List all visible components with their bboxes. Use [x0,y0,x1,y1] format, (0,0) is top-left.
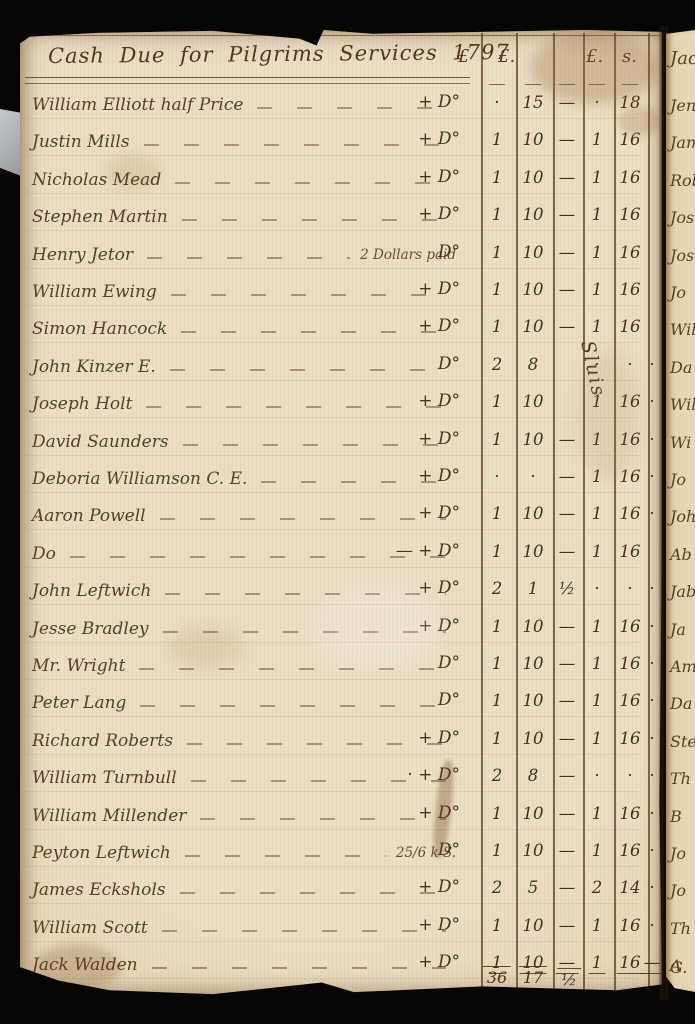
ditto-mark: D° [438,242,460,262]
amount-cell: 10 [523,243,544,262]
ledger-row: James Eckshols + D° 25—214· [20,873,662,907]
ledger-row: Simon Hancock + D° 110—116 [20,312,662,346]
amount-cell: 10 [523,542,544,561]
amount-cell: 2 [492,579,503,598]
amount-cell: — [559,841,576,860]
ditto-mark: + D° [418,503,460,523]
adjacent-page-partial-name: Jo [670,283,686,302]
header-dash [622,84,638,85]
amount-cell: 10 [523,654,544,673]
amount-cell: — [559,804,576,823]
header-dash [589,84,605,85]
amount-cell: · [649,729,654,748]
total-shillings: 17 [519,966,547,987]
amount-cell: 2 [492,766,503,785]
ledger-row: William Ewing + D° 110—116 [20,275,662,309]
ledger-row: William Turnbull · + D° 28—··· [20,761,662,795]
amount-cell: — [559,504,576,523]
dash-leader [146,406,446,408]
amount-cell: 16 [620,280,641,299]
amount-cell: · [530,467,535,486]
amount-cell: 10 [523,841,544,860]
amount-cell: · [627,579,632,598]
amount-cell: 2 [492,355,503,374]
amount-cell: 10 [523,130,544,149]
adjacent-page-partial-name: Joh [670,507,695,526]
currency-header-mark: £ [458,46,469,67]
adjacent-page-partial-name: Da [670,694,692,713]
amount-cell: 1 [592,467,603,486]
amount-cell: 10 [523,804,544,823]
ledger-row: John Kinzer E. D° 28··· [20,350,662,384]
ditto-mark: · + D° [407,765,460,785]
amount-cell: — [559,467,576,486]
currency-header-mark: s. [622,46,637,67]
amount-cell: 16 [620,130,641,149]
amount-cell: 1 [492,841,503,860]
entry-name: Aaron Powell [32,506,146,526]
amount-cell: · [594,766,599,785]
ledger-row: John Leftwich + D° 21½··· [20,574,662,608]
amount-cell: 1 [492,430,503,449]
entry-name: Do [32,544,56,564]
adjacent-page-partial-name: Ab [670,545,692,564]
ledger-row: Peyton Leftwich 25/6 k S. D° 110—116· [20,836,662,870]
amount-cell: 16 [620,392,641,411]
dash-leader [139,668,446,670]
amount-cell: 10 [523,168,544,187]
amount-cell: 1 [492,504,503,523]
dash-leader [70,556,446,558]
amount-cell: 10 [523,392,544,411]
dash-leader [182,219,446,221]
amount-cell: 16 [620,654,641,673]
dash-leader [152,967,446,969]
dash-leader [144,144,446,146]
adjacent-page-partial-name: Rob [670,171,695,190]
adjacent-page-partial-name: Am [670,657,695,676]
amount-cell: 1 [592,205,603,224]
amount-cell: 1 [492,168,503,187]
adjacent-page-partial-name: Jo [670,844,686,863]
ditto-mark: + D° [418,952,460,972]
amount-cell: · [494,93,499,112]
ditto-mark: + D° [418,803,460,823]
amount-cell: 10 [523,317,544,336]
dash-leader [163,631,446,633]
ditto-mark: + D° [418,728,460,748]
entry-name: John Leftwich [32,581,151,601]
entry-name: Mr. Wright [32,656,125,676]
amount-cell: 1 [589,953,606,974]
dash-leader [187,743,446,745]
adjacent-page-partial-name: Jen [670,96,695,115]
ditto-mark: D° [438,653,460,673]
amount-cell: — [559,617,576,636]
amount-cell: 1 [592,617,603,636]
amount-cell: — [559,654,576,673]
amount-cell: · [649,878,654,897]
amount-cell: 1 [592,654,603,673]
dash-leader [175,182,446,184]
ditto-mark: + D° [418,578,460,598]
amount-cell: 1 [492,617,503,636]
entry-name: Justin Mills [32,132,130,152]
title-underline [25,77,470,84]
amount-cell: · [649,691,654,710]
ditto-mark: + D° [418,616,460,636]
amount-cell: 1 [492,317,503,336]
header-dash [525,84,541,85]
entry-name: Henry Jetor [32,245,133,265]
ditto-mark: D° [438,690,460,710]
amount-cell: · [649,617,654,636]
amount-cell: 1 [592,504,603,523]
ditto-mark: + D° [418,129,460,149]
total-pence: ½ [557,968,581,989]
amount-cell: 16 [620,916,641,935]
ledger-row: David Saunders + D° 110—116· [20,425,662,459]
currency-header-mark: £. [586,46,603,67]
amount-cell: 16 [620,504,641,523]
amount-cell: — [559,130,576,149]
entry-name: Nicholas Mead [32,170,161,190]
amount-cell: 1 [592,804,603,823]
amount-cell: · [649,504,654,523]
header-dash [559,84,575,85]
dash-leader [170,369,446,371]
amount-cell: 1 [592,729,603,748]
page-title: Cash Due for Pilgrims Services 1797 [48,40,510,68]
adjacent-page-partial-name: Jos [670,208,694,227]
amount-cell: 5 [528,878,539,897]
ditto-mark: + D° [418,92,460,112]
amount-cell: 16 [620,691,641,710]
ledger-row: Aaron Powell + D° 110—116· [20,499,662,533]
amount-cell: 1 [592,841,603,860]
entry-name: William Elliott half Price [32,95,243,115]
adjacent-page-partial-name: B [670,807,682,826]
entry-name: Richard Roberts [32,731,173,751]
amount-cell: 14 [620,878,641,897]
amount-cell: 16 [620,841,641,860]
amount-cell: 1 [592,916,603,935]
ditto-mark: + D° [418,391,460,411]
amount-cell: 1 [492,916,503,935]
ledger-row: Do — + D° 110—116 [20,537,662,571]
amount-cell: 10 [523,691,544,710]
ditto-mark: D° [438,354,460,374]
amount-cell: 16 [620,729,641,748]
amount-cell: · [594,579,599,598]
amount-cell: — [559,878,576,897]
amount-cell: 8 [528,355,539,374]
ditto-mark: + D° [418,167,460,187]
amount-cell: 1 [528,579,539,598]
entry-name: John Kinzer E. [32,357,156,377]
entry-name: William Ewing [32,282,157,302]
amount-cell: · [594,93,599,112]
amount-cell: 1 [492,654,503,673]
entry-name: Simon Hancock [32,319,167,339]
dash-leader [181,331,446,333]
amount-cell: 10 [523,916,544,935]
dash-leader [162,930,446,932]
adjacent-page-partial-name: Jos [670,246,694,265]
amount-cell: · [649,916,654,935]
ditto-mark: + D° [418,466,460,486]
ditto-mark: + D° [418,877,460,897]
entry-name: David Saunders [32,432,169,452]
amount-cell: — [559,691,576,710]
amount-cell: · [649,841,654,860]
amount-cell: 1 [592,168,603,187]
dash-leader [180,892,446,894]
ledger-page: Cash Due for Pilgrims Services 1797 £ £.… [20,28,662,998]
amount-cell: 1 [592,280,603,299]
adjacent-page-partial-name: Th [670,769,691,788]
amount-cell: — [559,243,576,262]
ledger-row: Nicholas Mead + D° 110—116 [20,163,662,197]
amount-cell: 1 [492,691,503,710]
ditto-mark: — + D° [396,541,460,561]
entry-name: Deboria Williamson C. E. [32,469,247,489]
dash-leader [140,705,446,707]
amount-cell: · [649,467,654,486]
amount-cell: 16 [620,617,641,636]
entry-name: Peter Lang [32,693,126,713]
ledger-row: Joseph Holt + D° 110116· [20,387,662,421]
amount-cell: 1 [492,130,503,149]
amount-cell: 10 [523,205,544,224]
ledger-photo: Cash Due for Pilgrims Services 1797 £ £.… [0,0,695,1024]
amount-cell: · [627,355,632,374]
amount-cell: 1 [492,729,503,748]
adjacent-page-partial-name: Ste [670,732,695,751]
amount-cell: · [494,467,499,486]
entry-name: Stephen Martin [32,207,168,227]
ledger-row: William Scott + D° 110—116· [20,911,662,945]
ledger-row: Henry Jetor 2 Dollars paid D° 110—116 [20,238,662,272]
amount-cell: — [559,766,576,785]
adjacent-page-partial-name: Jo [670,881,686,900]
amount-cell: 10 [523,617,544,636]
amount-cell: · [649,804,654,823]
amount-cell: — [559,205,576,224]
amount-cell: 2 [492,878,503,897]
amount-cell: 16 [620,430,641,449]
adjacent-page-partial-name: Th [670,919,691,938]
amount-cell: 16 [620,542,641,561]
adjacent-page-partial-name: G. [670,958,687,977]
adjacent-page-edge: Jac JenJamRobJosJosJoWilDaWilWiJoJohAbJa… [666,30,695,992]
ditto-mark: + D° [418,316,460,336]
amount-cell: 2 [592,878,603,897]
amount-cell: 16 [620,243,641,262]
dash-leader [147,257,350,259]
ditto-mark: + D° [418,915,460,935]
amount-cell: 16 [620,467,641,486]
amount-cell: 10 [523,504,544,523]
amount-cell: 16 [620,168,641,187]
amount-cell: 1 [492,280,503,299]
ditto-mark: D° [438,840,460,860]
amount-cell: · [649,392,654,411]
amount-cell: 8 [528,766,539,785]
amount-cell: 10 [523,729,544,748]
amount-cell: 10 [523,280,544,299]
entry-name: William Millender [32,806,186,826]
dash-leader [165,593,446,595]
ledger-row: William Elliott half Price + D° ·15—·18 [20,88,662,122]
ledger-row: Deboria Williamson C. E. + D° ··—116· [20,462,662,496]
entry-name: William Turnbull [32,768,177,788]
dash-leader [183,444,446,446]
entry-name: Jesse Bradley [32,619,149,639]
amount-cell: 1 [592,542,603,561]
amount-cell: 16 [620,804,641,823]
amount-cell: 1 [492,392,503,411]
entry-name: Peyton Leftwich [32,843,171,863]
top-rule [22,35,660,36]
adjacent-page-partial-name: Wil [670,320,695,339]
ledger-row: Mr. Wright D° 110—116· [20,649,662,683]
amount-cell: · [649,355,654,374]
amount-cell: ½ [559,579,575,598]
amount-cell: · [649,430,654,449]
ledger-row: Jesse Bradley + D° 110—116· [20,612,662,646]
ditto-mark: + D° [418,429,460,449]
amount-cell: — [559,916,576,935]
adjacent-page-partial-name: Da [670,358,692,377]
header-dash [489,84,505,85]
adjacent-page-partial-name: Jo [670,470,686,489]
ledger-row: Stephen Martin + D° 110—116 [20,200,662,234]
adjacent-page-partial-name: Wil [670,395,695,414]
ledger-row: Justin Mills + D° 110—116 [20,125,662,159]
entry-name: Jack Walden [32,955,138,975]
adjacent-page-partial-name: Jac [670,48,695,69]
amount-cell: 16 [620,205,641,224]
amount-cell: · [649,579,654,598]
amount-cell: 10 [523,430,544,449]
amount-cell: — [559,93,576,112]
entry-name: Joseph Holt [32,394,132,414]
amount-cell: 1 [492,205,503,224]
ledger-row: William Millender + D° 110—116· [20,799,662,833]
dash-leader [171,294,446,296]
amount-cell: · [649,766,654,785]
ledger-row: Richard Roberts + D° 110—116· [20,724,662,758]
amount-cell: 18 [620,93,641,112]
amount-cell: 1 [492,804,503,823]
adjacent-page-partial-name: Jab [670,582,695,601]
amount-cell: — [559,430,576,449]
currency-header-mark: £. [498,46,515,67]
adjacent-page-partial-name: Wi [670,433,691,452]
amount-cell: — [559,280,576,299]
adjacent-page-partial-name: Jam [670,133,695,152]
total-pounds: 36 [483,966,511,987]
ditto-mark: + D° [418,279,460,299]
ditto-mark: + D° [418,204,460,224]
amount-cell: — [559,542,576,561]
amount-cell: — [559,168,576,187]
amount-cell: 1 [492,243,503,262]
amount-cell: 1 [592,243,603,262]
dash-leader [200,818,446,820]
amount-cell: · [627,766,632,785]
amount-cell: 16 [617,953,644,974]
amount-cell: 16 [620,317,641,336]
entry-name: William Scott [32,918,148,938]
dash-leader [160,518,446,520]
amount-cell: 1 [492,542,503,561]
adjacent-page-partial-name: Ja [670,620,686,639]
amount-cell: 15 [523,93,544,112]
ledger-row: Peter Lang D° 110—116· [20,686,662,720]
amount-cell: 1 [592,691,603,710]
dash-leader [185,855,386,857]
amount-cell: 1 [592,130,603,149]
amount-cell: · [649,654,654,673]
entry-name: James Eckshols [32,880,166,900]
amount-cell: — [559,729,576,748]
